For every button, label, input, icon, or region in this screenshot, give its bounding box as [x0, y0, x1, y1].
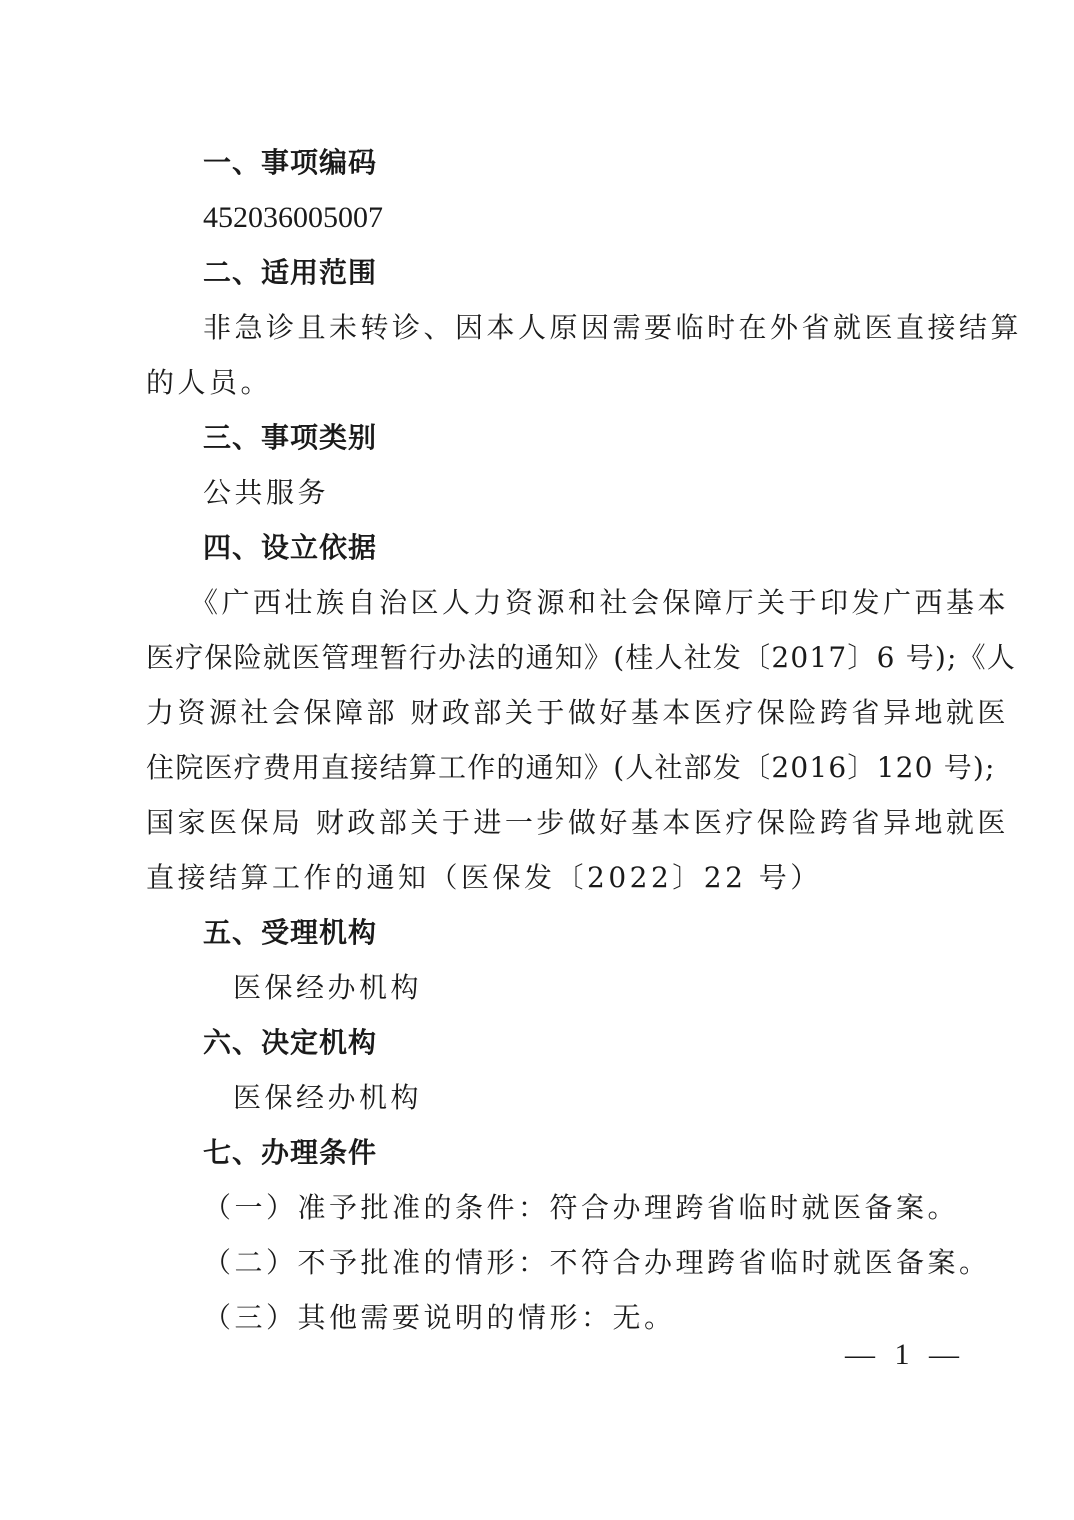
basis-text-line-1: 《广西壮族自治区人力资源和社会保障厅关于印发广西基本: [190, 585, 1009, 621]
basis-text-line-3: 力资源社会保障部 财政部关于做好基本医疗保险跨省异地就医: [146, 695, 1009, 731]
accepting-agency-text: 医保经办机构: [233, 970, 422, 1006]
basis-text-line-4: 住院医疗费用直接结算工作的通知》(人社部发〔2016〕120 号);: [146, 750, 996, 786]
basis-text-line-6: 直接结算工作的通知（医保发〔2022〕22 号）: [146, 860, 822, 896]
section-heading-accepting-agency: 五、受理机构: [203, 915, 377, 951]
page-number: — 1 —: [845, 1337, 965, 1373]
section-heading-category: 三、事项类别: [203, 420, 377, 456]
document-page: 一、事项编码 452036005007 二、适用范围 非急诊且未转诊、因本人原因…: [0, 0, 1074, 1520]
section-heading-deciding-agency: 六、决定机构: [203, 1025, 377, 1061]
condition-rejected: （二）不予批准的情形：不符合办理跨省临时就医备案。: [203, 1245, 991, 1281]
condition-other: （三）其他需要说明的情形：无。: [203, 1300, 676, 1336]
section-heading-item-code: 一、事项编码: [203, 145, 377, 181]
condition-approved: （一）准予批准的条件：符合办理跨省临时就医备案。: [203, 1190, 959, 1226]
category-text: 公共服务: [203, 475, 329, 511]
scope-text-line-1: 非急诊且未转诊、因本人原因需要临时在外省就医直接结算: [203, 310, 1022, 346]
basis-text-line-2: 医疗保险就医管理暂行办法的通知》(桂人社发〔2017〕6 号);《人: [146, 640, 1016, 676]
scope-text-line-2: 的人员。: [146, 365, 272, 401]
section-heading-conditions: 七、办理条件: [203, 1135, 377, 1171]
section-heading-basis: 四、设立依据: [203, 530, 377, 566]
section-heading-scope: 二、适用范围: [203, 255, 377, 291]
basis-text-line-5: 国家医保局 财政部关于进一步做好基本医疗保险跨省异地就医: [146, 805, 1009, 841]
deciding-agency-text: 医保经办机构: [233, 1080, 422, 1116]
item-code-value: 452036005007: [203, 200, 383, 236]
